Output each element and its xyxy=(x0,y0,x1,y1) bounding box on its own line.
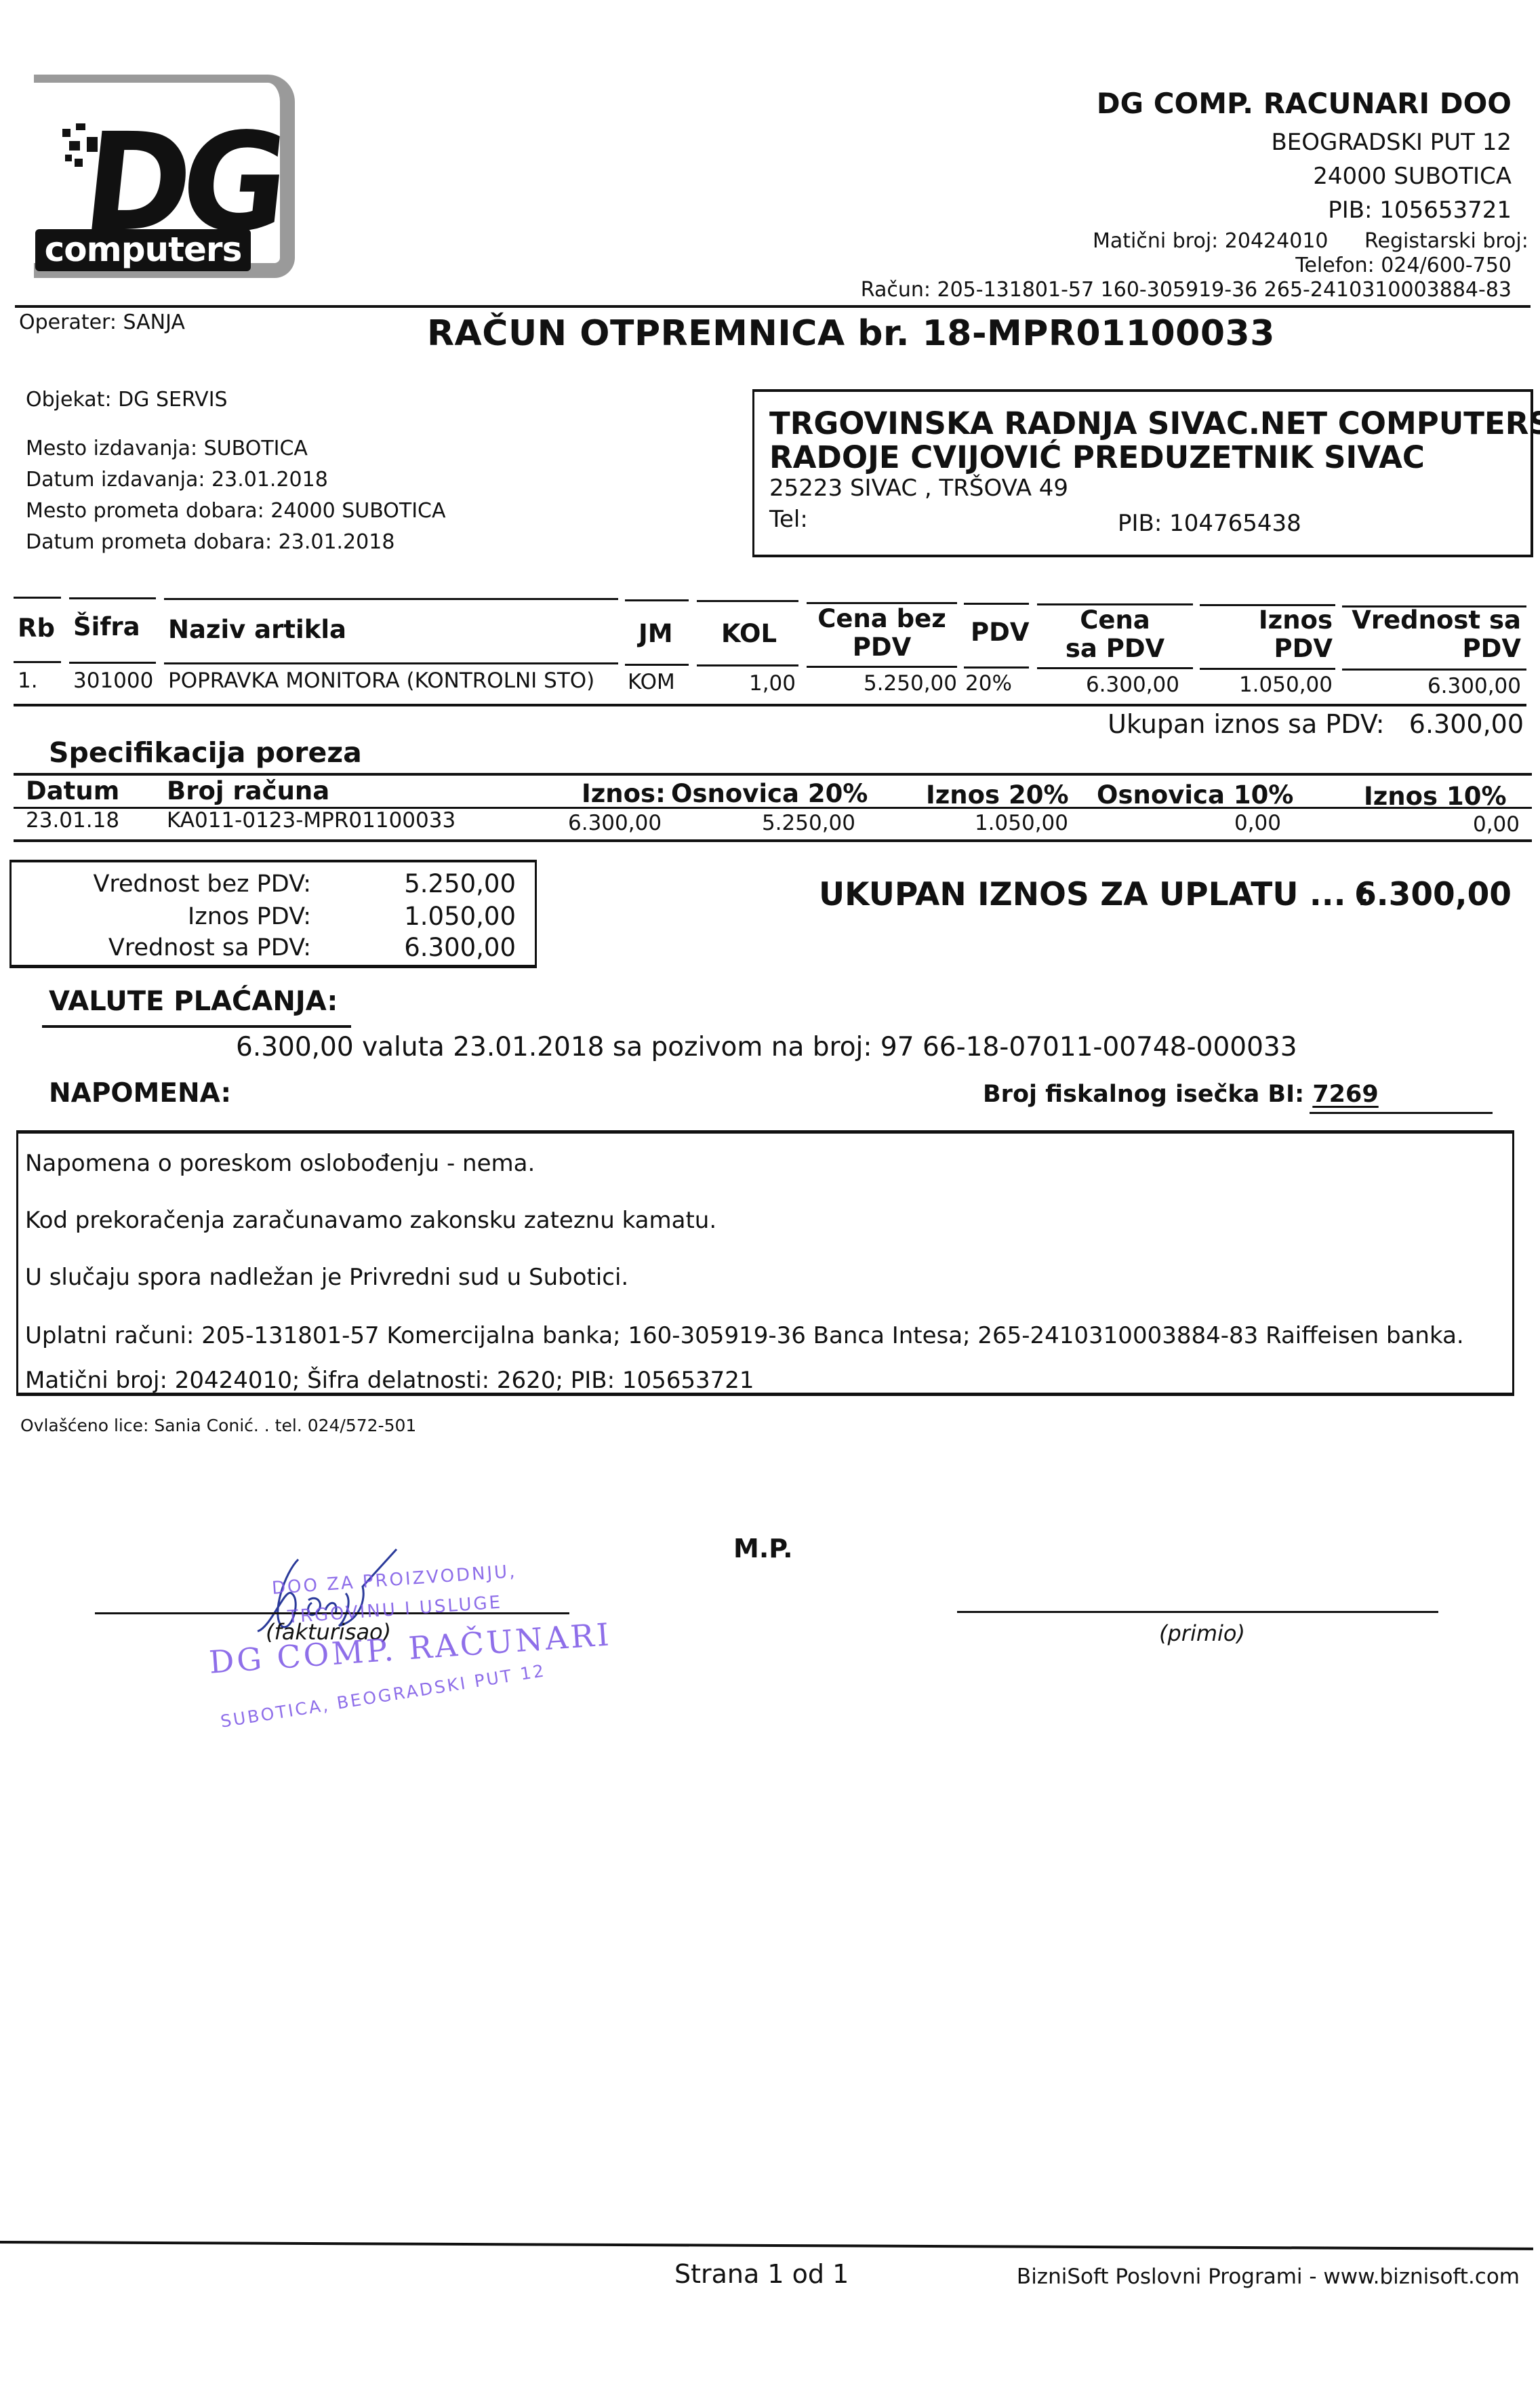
col-jm: JM xyxy=(639,620,673,648)
note-line: Kod prekoračenja zaračunavamo zakonsku z… xyxy=(25,1207,716,1234)
tax-col-broj: Broj računa xyxy=(167,777,329,805)
company-registarski: Registarski broj: xyxy=(1364,229,1528,253)
mesto-prometa: Mesto prometa dobara: 24000 SUBOTICA xyxy=(26,499,446,523)
note-line: Napomena o poreskom oslobođenju - nema. xyxy=(25,1150,535,1177)
company-telefon: Telefon: 024/600-750 xyxy=(1295,254,1512,277)
grand-total-label: UKUPAN IZNOS ZA UPLATU ... : xyxy=(819,876,1370,913)
notes-box: Napomena o poreskom oslobođenju - nema. … xyxy=(16,1130,1514,1396)
napomena-heading: NAPOMENA: xyxy=(49,1078,231,1109)
buyer-box: TRGOVINSKA RADNJA SIVAC.NET COMPUTERS RA… xyxy=(752,389,1533,557)
company-logo: DG computers xyxy=(20,75,298,281)
page-number: Strana 1 od 1 xyxy=(674,2259,849,2289)
objekat: Objekat: DG SERVIS xyxy=(26,388,228,412)
company-city: 24000 SUBOTICA xyxy=(1313,163,1512,190)
tax-spec-top-rule xyxy=(14,773,1532,776)
buyer-pib: PIB: 104765438 xyxy=(1118,510,1301,537)
summary-iznos-pdv-label: Iznos PDV: xyxy=(188,903,311,930)
primio-label: (primio) xyxy=(1159,1620,1245,1646)
header-divider xyxy=(15,305,1531,308)
summary-iznos-pdv-value: 1.050,00 xyxy=(404,902,516,931)
company-pib: PIB: 105653721 xyxy=(1328,197,1512,224)
datum-prometa: Datum prometa dobara: 23.01.2018 xyxy=(26,530,394,554)
col-pdv: PDV xyxy=(971,618,1029,647)
tax-col-iznos: Iznos: xyxy=(582,780,666,808)
software-credit: BizniSoft Poslovni Programi - www.biznis… xyxy=(1017,2265,1520,2289)
tax-col-iznos20: Iznos 20% xyxy=(926,781,1069,810)
tax-col-datum: Datum xyxy=(26,777,119,805)
logo-pixel xyxy=(75,159,83,167)
tax-row-broj: KA011-0123-MPR01100033 xyxy=(167,808,455,833)
logo-wordmark: computers xyxy=(35,229,251,271)
payment-heading: VALUTE PLAĆANJA: xyxy=(49,986,338,1017)
col-cena-bez-pdv: Cena bez PDV xyxy=(807,605,957,662)
col-iznos-pdv: Iznos PDV xyxy=(1200,606,1333,663)
mesto-izdavanja: Mesto izdavanja: SUBOTICA xyxy=(26,437,308,460)
row-vrednost-sa-pdv: 6.300,00 xyxy=(1342,674,1521,698)
company-name: DG COMP. RACUNARI DOO xyxy=(1097,87,1512,120)
tax-row-osnovica10: 0,00 xyxy=(1152,811,1281,835)
fiscal-underline xyxy=(1310,1112,1493,1114)
summary-sa-pdv-value: 6.300,00 xyxy=(404,933,516,962)
tax-col-osnovica20: Osnovica 20% xyxy=(671,780,868,808)
datum-izdavanja: Datum izdavanja: 23.01.2018 xyxy=(26,468,328,492)
document-title: RAČUN OTPREMNICA br. 18-MPR01100033 xyxy=(427,313,1275,354)
row-cena-bez-pdv: 5.250,00 xyxy=(807,671,957,696)
buyer-tel: Tel: xyxy=(769,506,808,533)
row-divider xyxy=(14,704,1526,706)
primio-line xyxy=(957,1611,1438,1613)
company-address: BEOGRADSKI PUT 12 xyxy=(1271,129,1512,156)
row-pdv: 20% xyxy=(965,671,1012,696)
company-stamp: DOO ZA PROIZVODNJU, TRGOVINU I USLUGE DG… xyxy=(156,1556,586,1748)
row-jm: KOM xyxy=(628,670,675,694)
company-maticni: Matični broj: 20424010 xyxy=(1093,229,1329,253)
tax-col-osnovica10: Osnovica 10% xyxy=(1097,781,1293,810)
col-vrednost-sa-pdv: Vrednost sa PDV xyxy=(1342,606,1521,663)
buyer-name-line2: RADOJE CVIJOVIĆ PREDUZETNIK SIVAC xyxy=(769,439,1425,475)
row-cena-sa-pdv: 6.300,00 xyxy=(1037,673,1179,697)
grand-total-value: 6.300,00 xyxy=(1354,876,1512,913)
stamp-line3: DG COMP. RAČUNARI xyxy=(208,1616,613,1680)
authorized-person: Ovlašćeno lice: Sania Conić. . tel. 024/… xyxy=(20,1416,416,1435)
footer-rule xyxy=(0,2241,1533,2250)
tax-row-iznos: 6.300,00 xyxy=(568,811,662,835)
tax-spec-title: Specifikacija poreza xyxy=(49,736,362,769)
tax-row-iznos10: 0,00 xyxy=(1383,812,1520,837)
summary-box: Vrednost bez PDV: 5.250,00 Iznos PDV: 1.… xyxy=(9,860,537,968)
logo-pixel xyxy=(65,155,72,161)
col-sifra: Šifra xyxy=(73,613,140,641)
payment-heading-underline xyxy=(42,1025,351,1028)
logo-pixel xyxy=(76,123,85,130)
buyer-address: 25223 SIVAC , TRŠOVA 49 xyxy=(769,475,1068,502)
tax-row-osnovica20: 5.250,00 xyxy=(678,811,855,835)
note-line: U slučaju spora nadležan je Privredni su… xyxy=(25,1264,628,1291)
row-iznos-pdv: 1.050,00 xyxy=(1200,673,1333,697)
summary-bez-pdv-value: 5.250,00 xyxy=(404,869,516,898)
buyer-name-line1: TRGOVINSKA RADNJA SIVAC.NET COMPUTERS xyxy=(769,405,1540,441)
logo-pixel xyxy=(62,129,70,137)
col-naziv: Naziv artikla xyxy=(168,616,346,644)
col-rb: Rb xyxy=(18,614,55,643)
mp-label: M.P. xyxy=(733,1534,793,1563)
company-racun: Račun: 205-131801-57 160-305919-36 265-2… xyxy=(861,278,1512,302)
note-line: Matični broj: 20424010; Šifra delatnosti… xyxy=(25,1367,754,1394)
col-cena-sa-pdv: Cena sa PDV xyxy=(1037,606,1193,663)
col-kol: KOL xyxy=(721,620,777,648)
fiscal-receipt: Broj fiskalnog isečka BI: 7269 xyxy=(983,1081,1379,1108)
stamp-line2: TRGOVINU I USLUGE xyxy=(287,1592,503,1627)
payment-line: 6.300,00 valuta 23.01.2018 sa pozivom na… xyxy=(236,1032,1297,1062)
row-sifra: 301000 xyxy=(73,669,153,693)
logo-pixel xyxy=(69,141,80,151)
items-total: Ukupan iznos sa PDV: 6.300,00 xyxy=(1108,709,1524,739)
tax-row-iznos20: 1.050,00 xyxy=(881,811,1068,835)
row-naziv: POPRAVKA MONITORA (KONTROLNI STO) xyxy=(168,669,594,693)
fiscal-receipt-number: 7269 xyxy=(1312,1081,1378,1108)
summary-bez-pdv-label: Vrednost bez PDV: xyxy=(93,871,311,898)
tax-row-datum: 23.01.18 xyxy=(26,808,119,833)
note-line: Uplatni računi: 205-131801-57 Komercijal… xyxy=(25,1322,1464,1349)
row-kol: 1,00 xyxy=(697,671,796,696)
operator: Operater: SANJA xyxy=(19,311,185,334)
row-rb: 1. xyxy=(18,669,38,693)
tax-bottom-rule xyxy=(14,839,1532,842)
summary-sa-pdv-label: Vrednost sa PDV: xyxy=(108,934,311,961)
